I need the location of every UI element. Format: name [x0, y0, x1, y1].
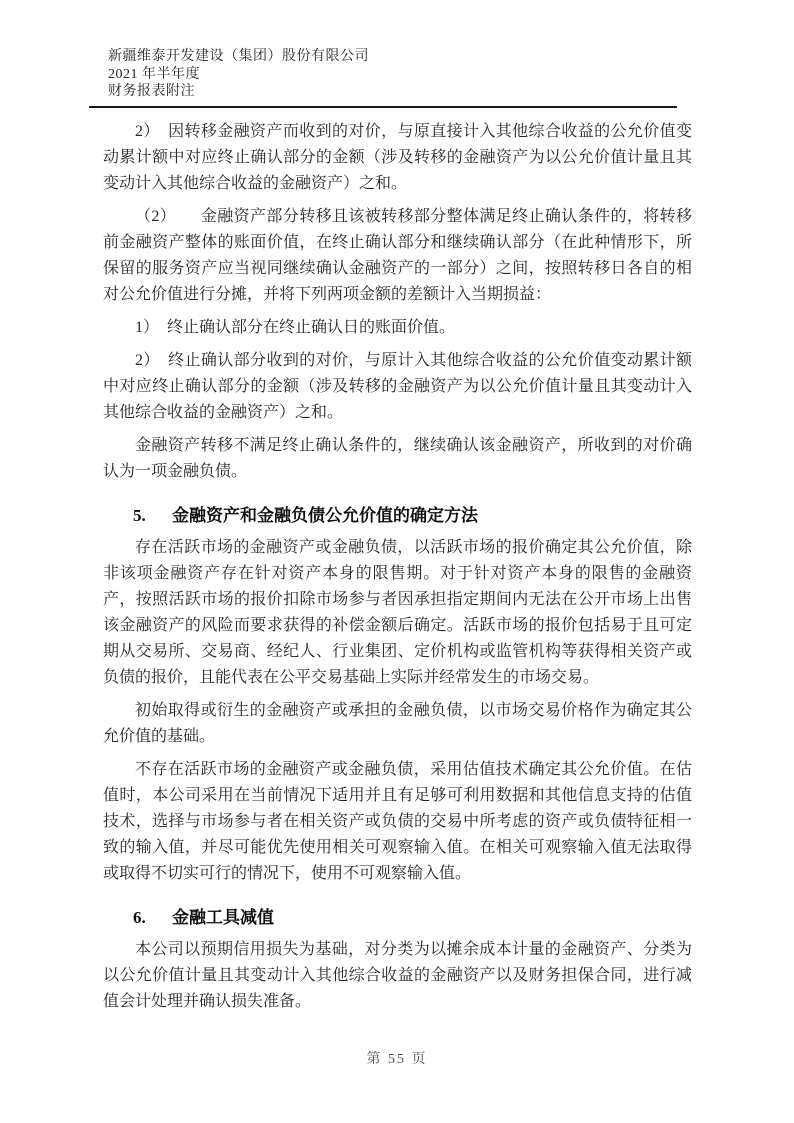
section-heading: 6.金融工具减值	[103, 905, 692, 931]
paragraph: 本公司以预期信用损失为基础，对分类为以摊余成本计量的金融资产、分类为以公允价值计…	[103, 937, 692, 1015]
page-number: 第 55 页	[367, 1052, 428, 1067]
header-company-name: 新疆维泰开发建设（集团）股份有限公司	[108, 48, 369, 66]
section-title: 金融工具减值	[172, 908, 274, 927]
section-number: 5.	[133, 503, 172, 529]
paragraph: 不存在活跃市场的金融资产或金融负债，采用估值技术确定其公允价值。在估值时，本公司…	[103, 757, 692, 887]
header-doc-title: 财务报表附注	[108, 83, 369, 101]
page-header: 新疆维泰开发建设（集团）股份有限公司 2021 年半年度 财务报表附注	[108, 48, 369, 101]
paragraph: 金融资产转移不满足终止确认条件的，继续确认该金融资产，所收到的对价确认为一项金融…	[103, 433, 692, 485]
document-body: 2） 因转移金融资产而收到的对价，与原直接计入其他综合收益的公允价值变动累计额中…	[103, 119, 692, 1022]
page-footer: 第 55 页	[0, 1048, 794, 1068]
section-number: 6.	[133, 905, 172, 931]
header-divider	[89, 106, 677, 108]
paragraph: 存在活跃市场的金融资产或金融负债，以活跃市场的报价确定其公允价值，除非该项金融资…	[103, 535, 692, 691]
paragraph: （2） 金融资产部分转移且该被转移部分整体满足终止确认条件的，将转移前金融资产整…	[103, 204, 692, 308]
document-page: 新疆维泰开发建设（集团）股份有限公司 2021 年半年度 财务报表附注 2） 因…	[0, 0, 794, 1123]
paragraph: 2） 终止确认部分收到的对价，与原计入其他综合收益的公允价值变动累计额中对应终止…	[103, 348, 692, 426]
section-heading: 5.金融资产和金融负债公允价值的确定方法	[103, 503, 692, 529]
paragraph: 初始取得或衍生的金融资产或承担的金融负债，以市场交易价格作为确定其公允价值的基础…	[103, 698, 692, 750]
paragraph: 2） 因转移金融资产而收到的对价，与原直接计入其他综合收益的公允价值变动累计额中…	[103, 119, 692, 197]
paragraph: 1） 终止确认部分在终止确认日的账面价值。	[103, 315, 692, 341]
header-period: 2021 年半年度	[108, 66, 369, 84]
section-title: 金融资产和金融负债公允价值的确定方法	[172, 506, 478, 525]
